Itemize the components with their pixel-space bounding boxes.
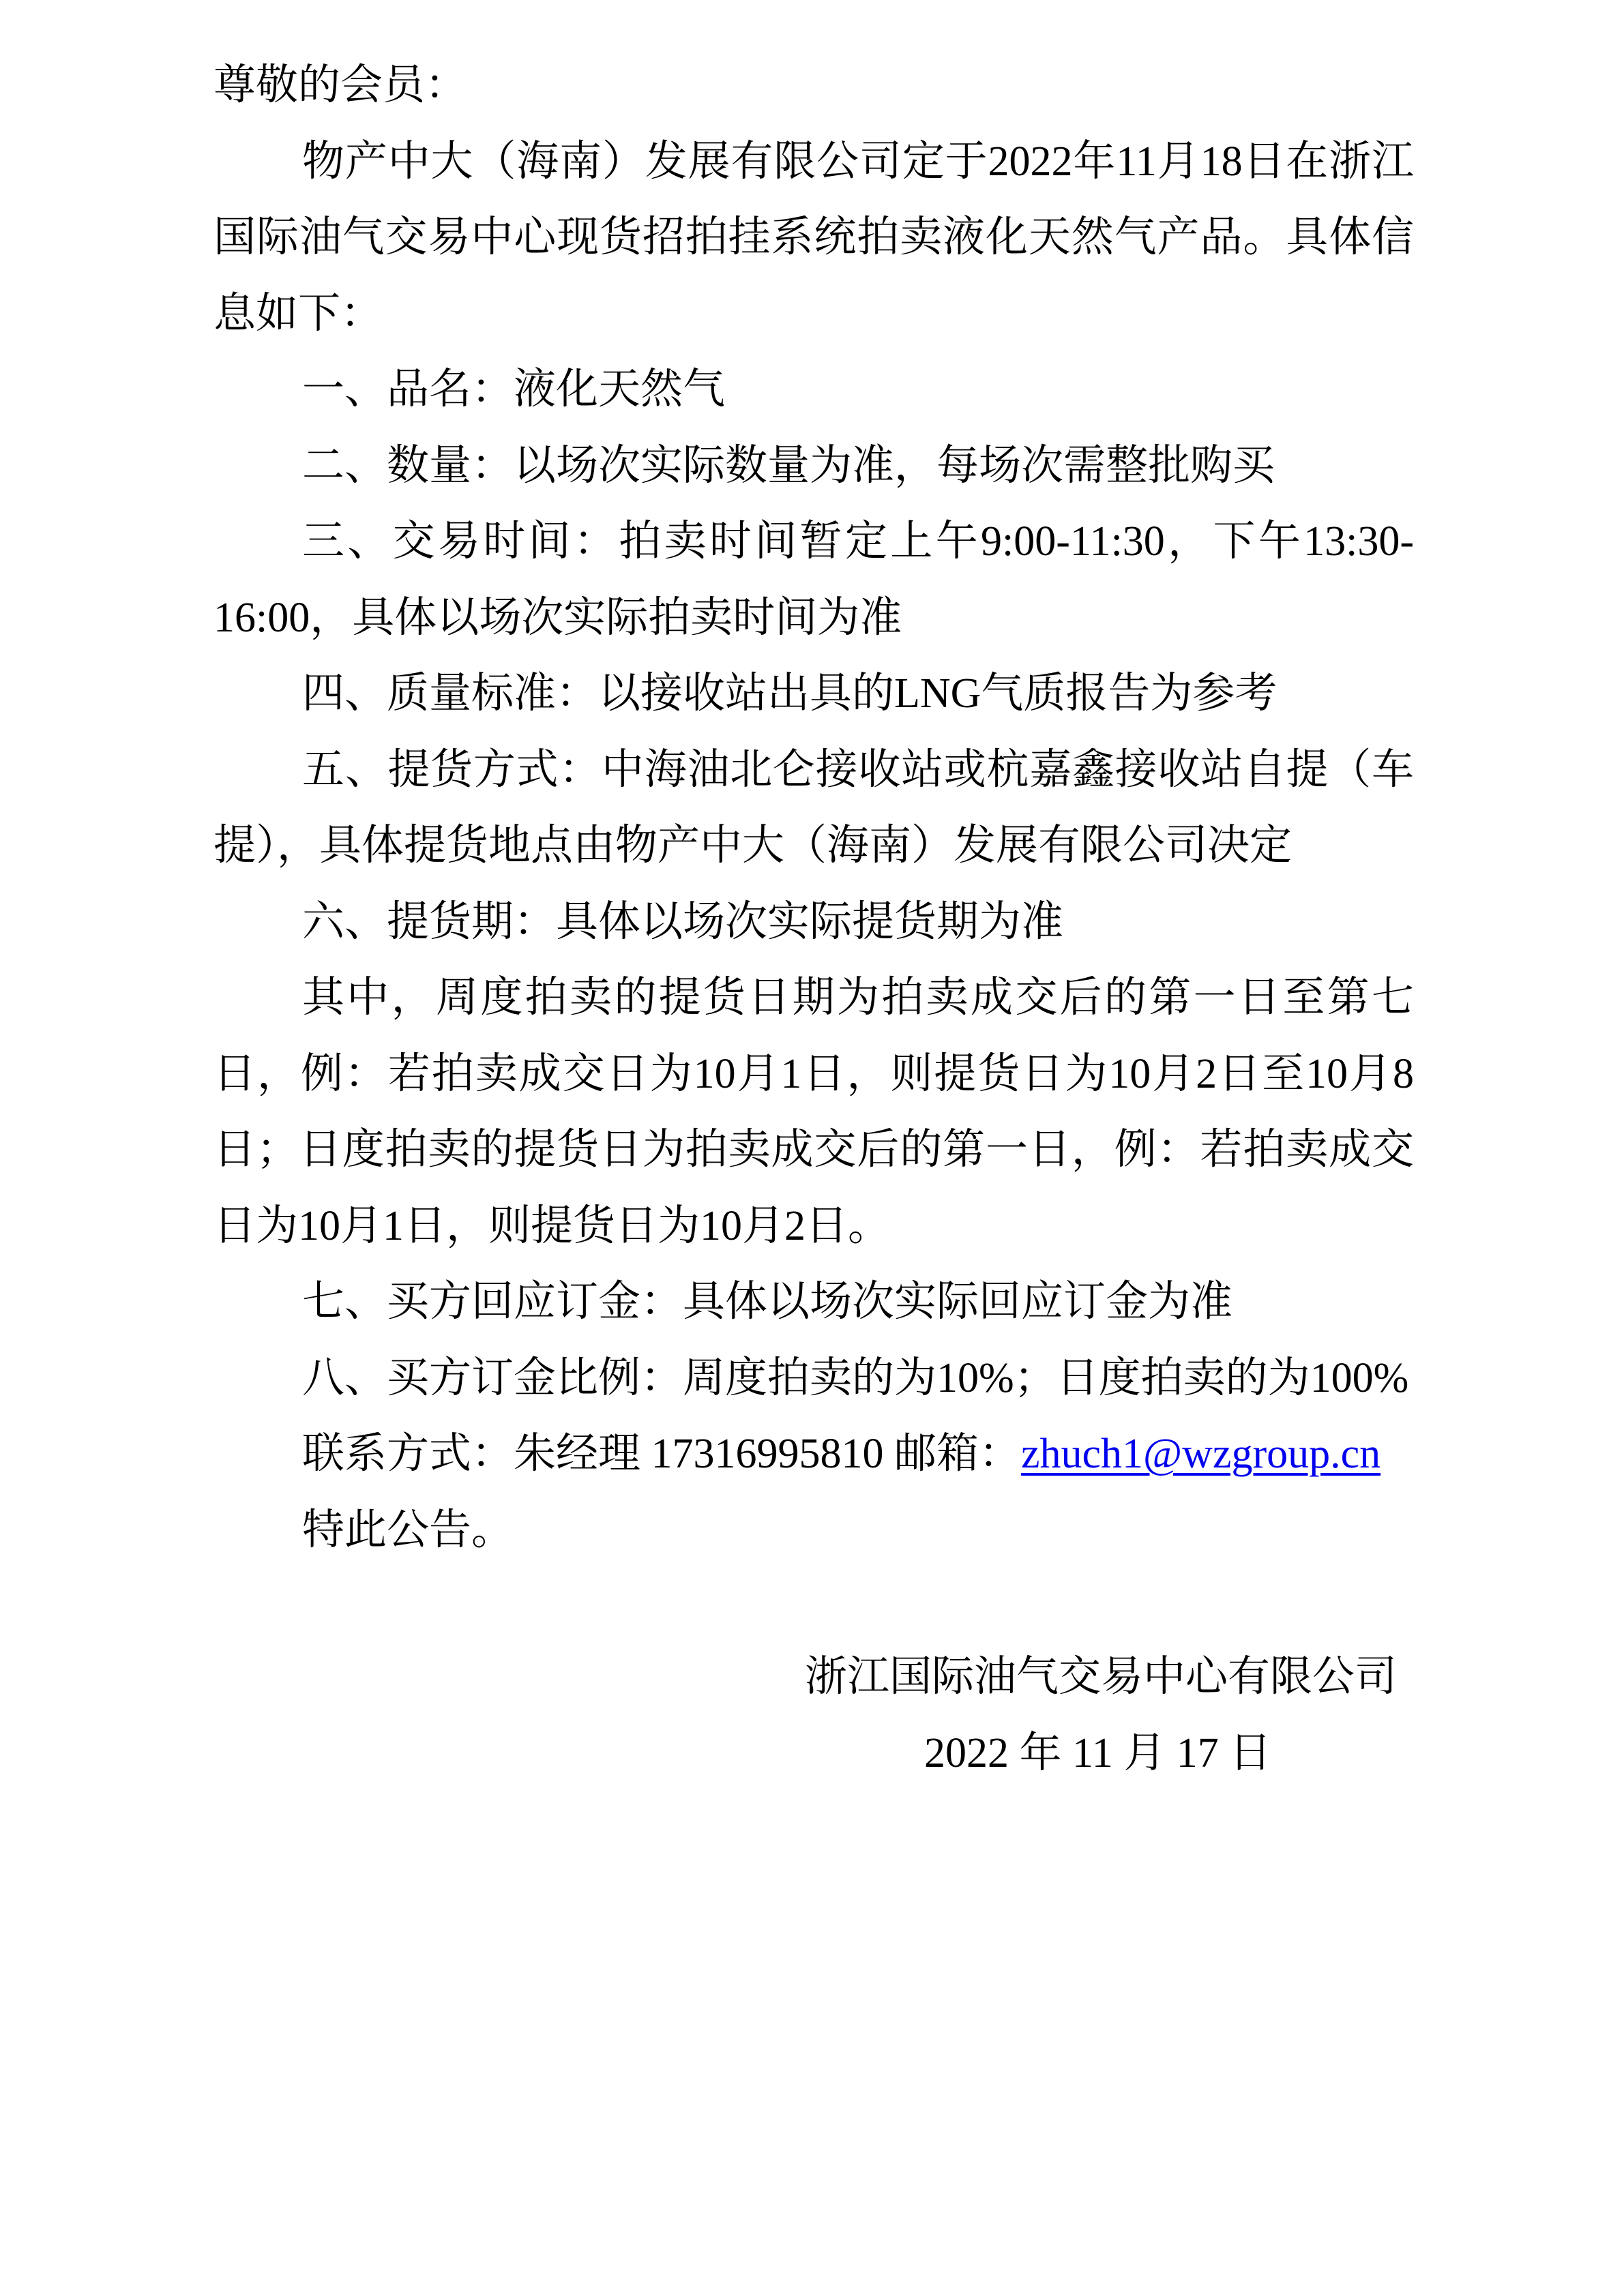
signature-organization: 浙江国际油气交易中心有限公司	[805, 1642, 1397, 1703]
item-quantity: 二、数量：以场次实际数量为准，每场次需整批购买	[213, 428, 1414, 505]
item-deposit-ratio: 八、买方订金比例：周度拍卖的为10%；日度拍卖的为100%	[213, 1341, 1414, 1417]
signature-date: 2022 年 11 月 17 日	[924, 1718, 1271, 1779]
document-page: 尊敬的会员： 物产中大（海南）发展有限公司定于2022年11月18日在浙江国际油…	[0, 0, 1624, 2296]
email-link[interactable]: zhuch1@wzgroup.cn	[1021, 1431, 1381, 1477]
item-trading-time: 三、交易时间：拍卖时间暂定上午9:00-11:30，下午13:30-16:00，…	[213, 504, 1414, 656]
item-pickup-period: 六、提货期：具体以场次实际提货期为准	[213, 884, 1414, 961]
salutation: 尊敬的会员：	[213, 48, 1414, 124]
announcement-body: 尊敬的会员： 物产中大（海南）发展有限公司定于2022年11月18日在浙江国际油…	[213, 48, 1414, 1568]
contact-line: 联系方式：朱经理 17316995810 邮箱：zhuch1@wzgroup.c…	[213, 1416, 1414, 1493]
item-pickup-method: 五、提货方式：中海油北仑接收站或杭嘉鑫接收站自提（车提），具体提货地点由物产中大…	[213, 732, 1414, 884]
item-buyer-deposit: 七、买方回应订金：具体以场次实际回应订金为准	[213, 1264, 1414, 1341]
intro-paragraph: 物产中大（海南）发展有限公司定于2022年11月18日在浙江国际油气交易中心现货…	[213, 124, 1414, 353]
pickup-period-details: 其中，周度拍卖的提货日期为拍卖成交后的第一日至第七日，例：若拍卖成交日为10月1…	[213, 960, 1414, 1264]
item-product-name: 一、品名：液化天然气	[213, 352, 1414, 428]
contact-text: 联系方式：朱经理 17316995810 邮箱：	[302, 1431, 1021, 1477]
closing-line: 特此公告。	[213, 1493, 1414, 1569]
item-quality-standard: 四、质量标准：以接收站出具的LNG气质报告为参考	[213, 656, 1414, 732]
